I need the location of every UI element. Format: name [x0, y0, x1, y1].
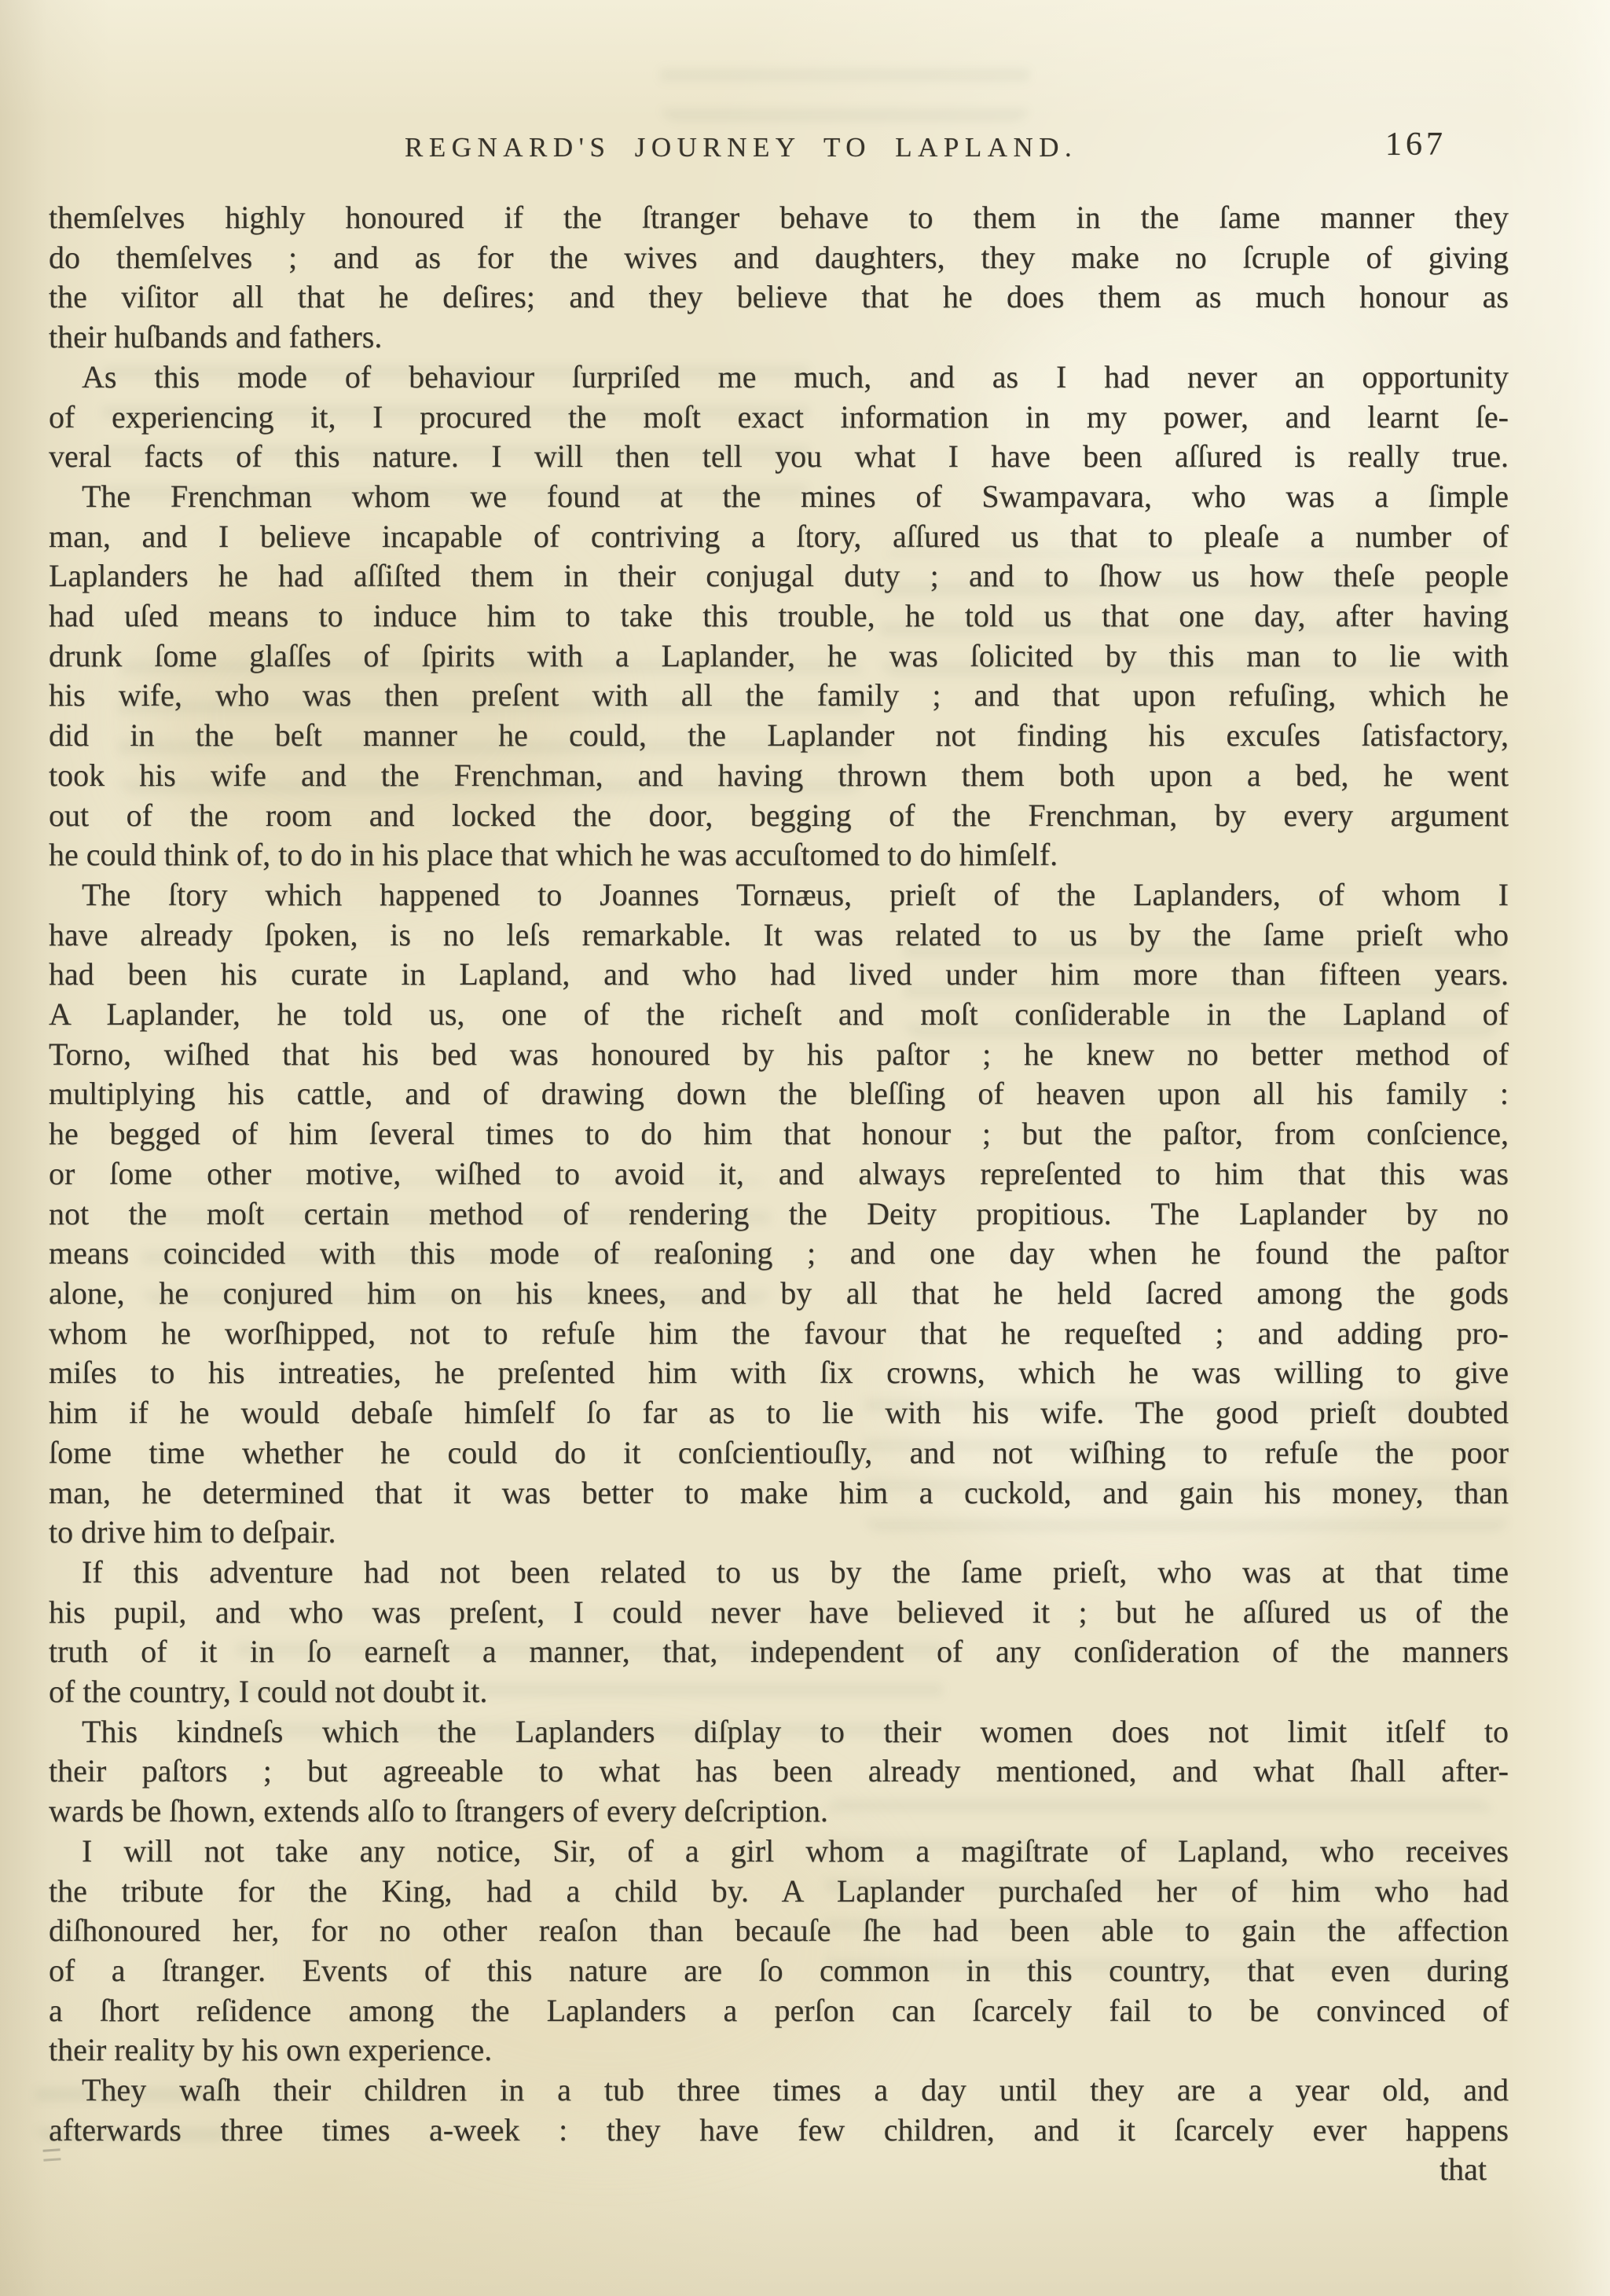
text-line: the viſitor all that he deſires; and the… — [49, 277, 1509, 317]
text-line: Torno, wiſhed that his bed was honoured … — [49, 1035, 1509, 1075]
text-line: do themſelves ; and as for the wives and… — [49, 238, 1509, 278]
text-line: They waſh their children in a tub three … — [49, 2070, 1509, 2111]
text-line: I will not take any notice, Sir, of a gi… — [49, 1832, 1509, 1872]
text-line: or ſome other motive, wiſhed to avoid it… — [49, 1154, 1509, 1194]
text-line: multiplying his cattle, and of drawing d… — [49, 1074, 1509, 1114]
text-line: This kindneſs which the Laplanders diſpl… — [49, 1712, 1509, 1752]
text-line: man, and I believe incapable of contrivi… — [49, 517, 1509, 557]
text-line: he begged of him ſeveral times to do him… — [49, 1114, 1509, 1154]
text-line: means coincided with this mode of reaſon… — [49, 1234, 1509, 1274]
text-line: out of the room and locked the door, beg… — [49, 796, 1509, 836]
text-line: did in the beſt manner he could, the Lap… — [49, 716, 1509, 756]
text-line: whom he worſhipped, not to refuſe him th… — [49, 1314, 1509, 1354]
text-line: not the moſt certain method of rendering… — [49, 1194, 1509, 1234]
text-line: truth of it in ſo earneſt a manner, that… — [49, 1632, 1509, 1672]
paragraph: The ſtory which happened to Joannes Torn… — [49, 875, 1509, 1553]
text-line: him if he would debaſe himſelf ſo far as… — [49, 1393, 1509, 1433]
text-line: man, he determined that it was better to… — [49, 1473, 1509, 1513]
text-line: he could think of, to do in his place th… — [49, 835, 1509, 875]
text-line: had uſed means to induce him to take thi… — [49, 596, 1509, 636]
page-header: REGNARD'S JOURNEY TO LAPLAND. 167 — [0, 0, 1610, 189]
paragraph: This kindneſs which the Laplanders diſpl… — [49, 1712, 1509, 1832]
text-line: If this adventure had not been related t… — [49, 1553, 1509, 1593]
page-text: themſelves highly honoured if the ſtrang… — [49, 198, 1509, 2190]
text-line: a ſhort reſidence among the Laplanders a… — [49, 1991, 1509, 2031]
text-line: As this mode of behaviour ſurpriſed me m… — [49, 358, 1509, 398]
text-line: The ſtory which happened to Joannes Torn… — [49, 875, 1509, 915]
text-line: miſes to his intreaties, he preſented hi… — [49, 1353, 1509, 1393]
paragraph: As this mode of behaviour ſurpriſed me m… — [49, 358, 1509, 477]
text-line: his pupil, and who was preſent, I could … — [49, 1593, 1509, 1633]
text-line: of a ſtranger. Events of this nature are… — [49, 1951, 1509, 1991]
text-line: Laplanders he had aſſiſted them in their… — [49, 556, 1509, 596]
running-title: REGNARD'S JOURNEY TO LAPLAND. — [405, 132, 1077, 163]
text-line: of the country, I could not doubt it. — [49, 1672, 1509, 1712]
text-line: of experiencing it, I procured the moſt … — [49, 398, 1509, 438]
text-line: A Laplander, he told us, one of the rich… — [49, 995, 1509, 1035]
paragraph-list: themſelves highly honoured if the ſtrang… — [49, 198, 1509, 2150]
text-line: to drive him to deſpair. — [49, 1513, 1509, 1553]
text-line: his wife, who was then preſent with all … — [49, 676, 1509, 716]
text-line: diſhonoured her, for no other reaſon tha… — [49, 1911, 1509, 1951]
text-line: took his wife and the Frenchman, and hav… — [49, 756, 1509, 796]
text-line: wards be ſhown, extends alſo to ſtranger… — [49, 1792, 1509, 1832]
text-line: The Frenchman whom we found at the mines… — [49, 477, 1509, 517]
text-line: their huſbands and fathers. — [49, 317, 1509, 358]
paragraph: The Frenchman whom we found at the mines… — [49, 477, 1509, 875]
page-number: 167 — [1385, 126, 1447, 163]
paragraph: I will not take any notice, Sir, of a gi… — [49, 1832, 1509, 2070]
text-line: veral facts of this nature. I will then … — [49, 437, 1509, 477]
text-line: their reality by his own experience. — [49, 2030, 1509, 2070]
book-page: REGNARD'S JOURNEY TO LAPLAND. 167 themſe… — [0, 0, 1610, 2296]
text-line: have already ſpoken, is no leſs remarkab… — [49, 915, 1509, 955]
text-line: alone, he conjured him on his knees, and… — [49, 1274, 1509, 1314]
text-line: afterwards three times a-week : they hav… — [49, 2111, 1509, 2151]
text-line: themſelves highly honoured if the ſtrang… — [49, 198, 1509, 238]
text-line: their paſtors ; but agreeable to what ha… — [49, 1751, 1509, 1792]
catchword: that — [49, 2150, 1509, 2190]
text-line: the tribute for the King, had a child by… — [49, 1872, 1509, 1912]
paragraph: If this adventure had not been related t… — [49, 1553, 1509, 1712]
paragraph: They waſh their children in a tub three … — [49, 2070, 1509, 2150]
text-line: drunk ſome glaſſes of ſpirits with a Lap… — [49, 636, 1509, 677]
text-line: ſome time whether he could do it conſcie… — [49, 1433, 1509, 1473]
paragraph: themſelves highly honoured if the ſtrang… — [49, 198, 1509, 358]
text-line: had been his curate in Lapland, and who … — [49, 955, 1509, 995]
